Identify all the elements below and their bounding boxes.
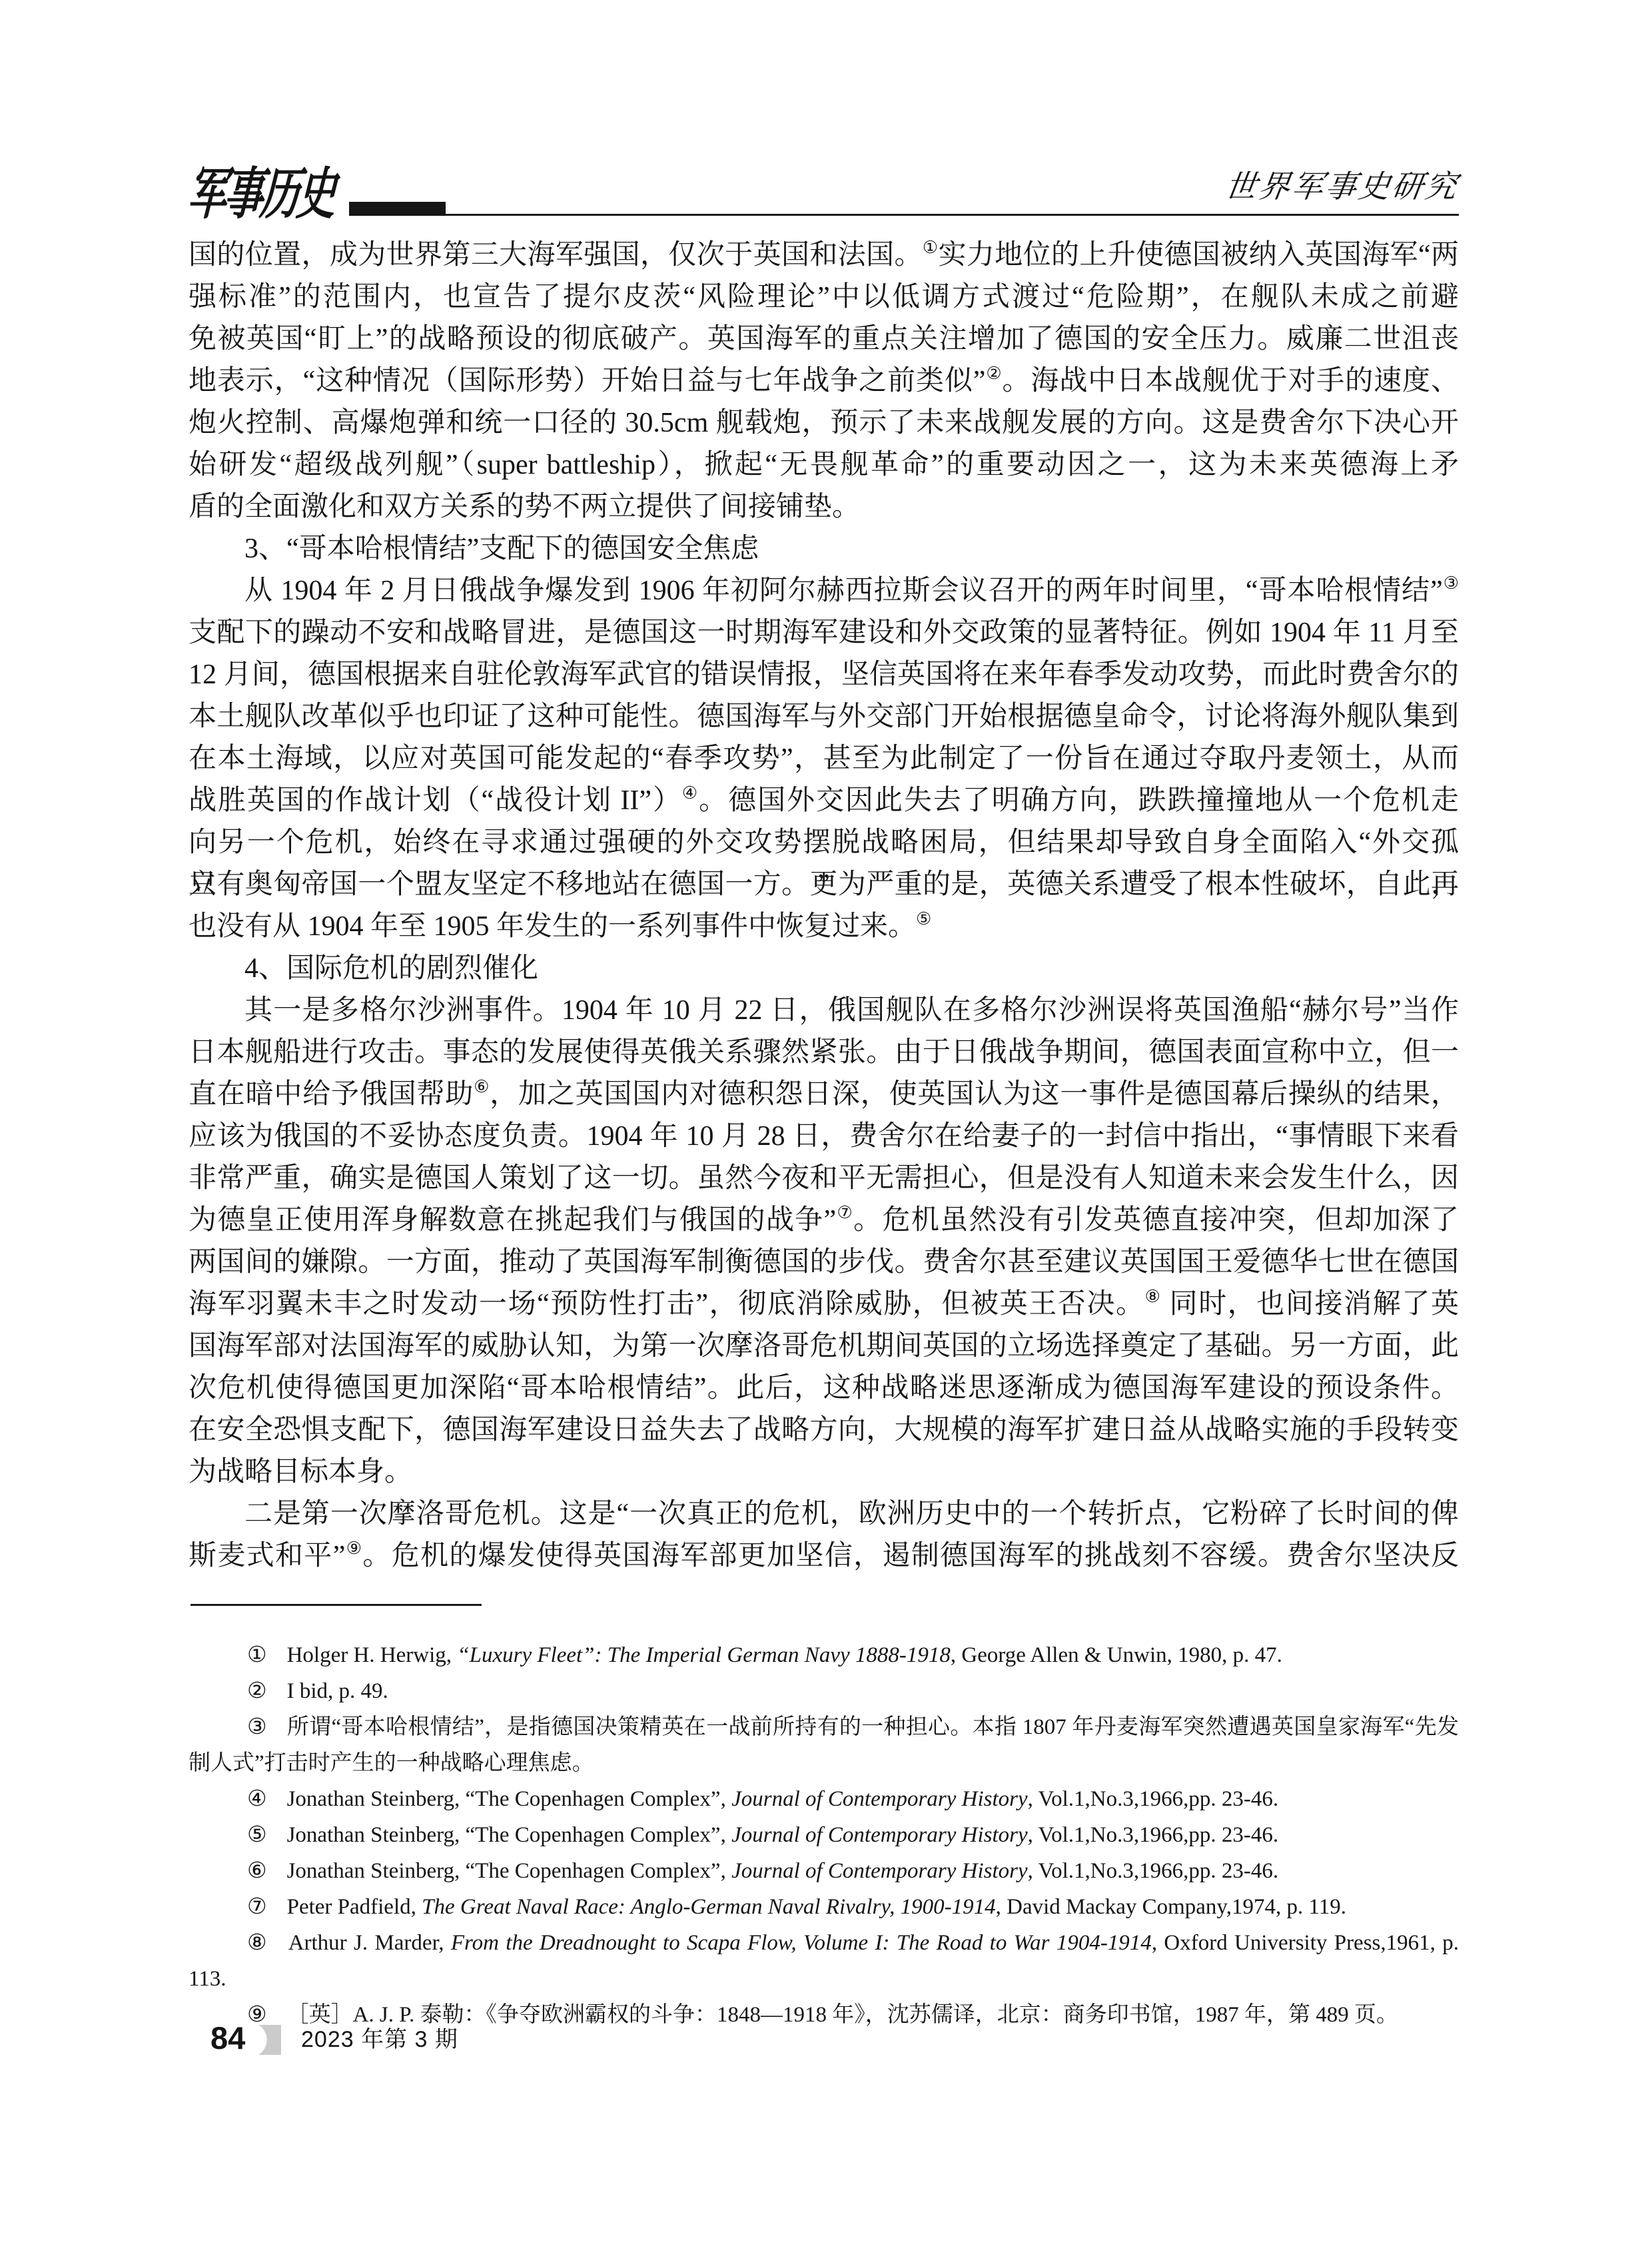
footnote-ref: ⑤ [916,909,931,929]
footnote-marker: ⑦ [247,1895,267,1919]
footnote-marker: ⑨ [247,2003,267,2027]
body-line: 为战略目标本身。 [189,1451,1459,1493]
body-line-text: 支配下的躁动不安和战略冒进，是德国这一时期海军建设和外交政策的显著特征。例如 1… [189,617,1459,648]
body-line: 从 1904 年 2 月日俄战争爆发到 1906 年初阿尔赫西拉斯会议召开的两年… [189,570,1459,612]
body-line-text: 国海军部对法国海军的威胁认知，为第一次摩洛哥危机期间英国的立场选择奠定了基础。另… [189,1331,1459,1361]
body-line: 两国间的嫌隙。一方面，推动了英国海军制衡德国的步伐。费舍尔甚至建议英国国王爱德华… [189,1242,1459,1284]
body-line: 次危机使得德国更加深陷“哥本哈根情结”。此后，这种战略迷思逐渐成为德国海军建设的… [189,1367,1459,1409]
body-line-text: 二是第一次摩洛哥危机。这是“一次真正的危机，欧洲历史中的一个转折点，它粉碎了长时… [244,1499,1459,1529]
body-line-text: 次危机使得德国更加深陷“哥本哈根情结”。此后，这种战略迷思逐渐成为德国海军建设的… [189,1373,1459,1403]
footnote-title-italic: The Great Naval Race: Anglo-German Naval… [422,1895,996,1919]
body-line: 始研发“超级战列舰”（super battleship），掀起“无畏舰革命”的重… [189,444,1459,486]
footnote-title-italic: From the Dreadnought to Scapa Flow, Volu… [451,1931,1152,1955]
body-line: 非常严重，确实是德国人策划了这一切。虽然今夜和平无需担心，但是没有人知道未来会发… [189,1158,1459,1200]
body-line: 在安全恐惧支配下，德国海军建设日益失去了战略方向，大规模的海军扩建日益从战略实施… [189,1409,1459,1451]
body-line: 在本土海域，以应对英国可能发起的“春季攻势”，甚至为此制定了一份旨在通过夺取丹麦… [189,738,1459,780]
footnote-item: ⑥Jonathan Steinberg, “The Copenhagen Com… [189,1853,1459,1889]
body-line-text: 炮火控制、高爆炮弹和统一口径的 30.5cm 舰载炮，预示了未来战舰发展的方向。… [189,408,1459,438]
body-line: 只有奥匈帝国一个盟友坚定不移地站在德国一方。更为严重的是，英德关系遭受了根本性破… [189,864,1459,906]
body-line-text: 也没有从 1904 年至 1905 年发生的一系列事件中恢复过来。 [189,911,916,942]
body-line: 12 月间，德国根据来自驻伦敦海军武官的错误情报，坚信英国将在来年春季发动攻势，… [189,654,1459,696]
body-line-text: 实力地位的上升使德国被纳入英国海军“两 [939,240,1459,270]
body-line-text: 强标准”的范围内，也宣告了提尔皮茨“风险理论”中以低调方式渡过“危险期”，在舰队… [189,282,1459,312]
body-line: 地表示，“这种情况（国际形势）开始日益与七年战争之前类似”②。海战中日本战舰优于… [189,360,1459,402]
body-line: 斯麦式和平”⑨。危机的爆发使得英国海军部更加坚信，遏制德国海军的挑战刻不容缓。费… [189,1535,1459,1577]
footnote-item: ⑤Jonathan Steinberg, “The Copenhagen Com… [189,1817,1459,1853]
body-line: 直在暗中给予俄国帮助⑥，加之英国国内对德积怨日深，使英国认为这一事件是德国幕后操… [189,1074,1459,1116]
footnote-item: ④Jonathan Steinberg, “The Copenhagen Com… [189,1781,1459,1817]
footnote-item: ⑧Arthur J. Marder, From the Dreadnought … [189,1925,1459,1997]
journal-logo: 军事历史 [185,149,336,230]
footnote-item: ②I bid, p. 49. [189,1673,1459,1709]
footnote-item: ①Holger H. Herwig, “Luxury Fleet”: The I… [189,1637,1459,1673]
body-line: 向另一个危机，始终在寻求通过强硬的外交攻势摆脱战略困局，但结果却导致自身全面陷入… [189,822,1459,864]
footnote-marker: ④ [247,1787,267,1811]
body-line-text: 始研发“超级战列舰”（super battleship），掀起“无畏舰革命”的重… [189,450,1459,480]
issue-label: 2023 年第 3 期 [301,2025,458,2055]
body-line-text: 直在暗中给予俄国帮助 [189,1079,474,1110]
body-line: 强标准”的范围内，也宣告了提尔皮茨“风险理论”中以低调方式渡过“危险期”，在舰队… [189,276,1459,318]
header-divider-block [349,202,446,216]
footnote-text: Jonathan Steinberg, “The Copenhagen Comp… [287,1787,731,1811]
footnote-ref: ④ [682,783,699,803]
body-line: 战胜英国的作战计划（“战役计划 II”）④。德国外交因此失去了明确方向，跌跌撞撞… [189,780,1459,822]
body-line: 国海军部对法国海军的威胁认知，为第一次摩洛哥危机期间英国的立场选择奠定了基础。另… [189,1325,1459,1367]
body-line: 免被英国“盯上”的战略预设的彻底破产。英国海军的重点关注增加了德国的安全压力。威… [189,318,1459,360]
header-rule [445,214,1459,216]
body-line-text: 应该为俄国的不妥协态度负责。1904 年 10 月 28 日，费舍尔在给妻子的一… [189,1121,1459,1152]
body-line: 支配下的躁动不安和战略冒进，是德国这一时期海军建设和外交政策的显著特征。例如 1… [189,612,1459,654]
footnote-ref: ⑧ [1145,1287,1162,1306]
body-line: 也没有从 1904 年至 1905 年发生的一系列事件中恢复过来。⑤ [189,906,1459,948]
footnote-text: ［英］A. J. P. 泰勒：《争夺欧洲霸权的斗争：1848—1918 年》，沈… [287,2003,1398,2027]
body-line: 本土舰队改革似乎也印证了这种可能性。德国海军与外交部门开始根据德皇命令，讨论将海… [189,696,1459,738]
footnote-text: , Vol.1,No.3,1966,pp. 23-46. [1028,1823,1278,1847]
body-line-text: 国的位置，成为世界第三大海军强国，仅次于英国和法国。 [189,240,923,270]
body-line-text: ，加之英国国内对德积怨日深，使英国认为这一事件是德国幕后操纵的结果， [490,1079,1459,1110]
body-line-text: 为战略目标本身。 [189,1457,412,1487]
body-line: 日本舰船进行攻击。事态的发展使得英俄关系骤然紧张。由于日俄战争期间，德国表面宣称… [189,1032,1459,1074]
footnote-text: Jonathan Steinberg, “The Copenhagen Comp… [287,1859,731,1883]
footnote-ref: ② [985,364,1002,383]
body-line-text: 12 月间，德国根据来自驻伦敦海军武官的错误情报，坚信英国将在来年春季发动攻势，… [189,659,1459,690]
footnote-item: ③所谓“哥本哈根情结”，是指德国决策精英在一战前所持有的一种担心。本指 1807… [189,1709,1459,1781]
body-line-text: 日本舰船进行攻击。事态的发展使得英俄关系骤然紧张。由于日俄战争期间，德国表面宣称… [189,1037,1459,1068]
header-section-label: 世界军事史研究 [1222,162,1461,206]
footnote-ref: ① [923,238,939,257]
body-line: 国的位置，成为世界第三大海军强国，仅次于英国和法国。①实力地位的上升使德国被纳入… [189,234,1459,276]
footnote-text: , Vol.1,No.3,1966,pp. 23-46. [1028,1787,1278,1811]
body-line-text: 两国间的嫌隙。一方面，推动了英国海军制衡德国的步伐。费舍尔甚至建议英国国王爱德华… [189,1247,1459,1278]
body-line: 盾的全面激化和双方关系的势不两立提供了间接铺垫。 [189,486,1459,528]
body-line-text: 盾的全面激化和双方关系的势不两立提供了间接铺垫。 [189,492,860,522]
body-line-text: 战胜英国的作战计划（“战役计划 II”） [189,785,682,816]
body-line-text: 其一是多格尔沙洲事件。1904 年 10 月 22 日，俄国舰队在多格尔沙洲误将… [244,995,1459,1026]
section-heading: 3、“哥本哈根情结”支配下的德国安全焦虑 [189,528,1459,570]
footnote-text: Jonathan Steinberg, “The Copenhagen Comp… [287,1823,731,1847]
footnote-text: , David Mackay Company,1974, p. 119. [996,1895,1346,1919]
body-line: 二是第一次摩洛哥危机。这是“一次真正的危机，欧洲历史中的一个转折点，它粉碎了长时… [189,1493,1459,1535]
footnote-divider [191,1604,482,1606]
footnote-title-italic: “Luxury Fleet”: The Imperial German Navy… [457,1643,951,1667]
footer-bracket-icon [249,2025,281,2055]
body-line-text: 从 1904 年 2 月日俄战争爆发到 1906 年初阿尔赫西拉斯会议召开的两年… [244,575,1443,606]
body-line: 炮火控制、高爆炮弹和统一口径的 30.5cm 舰载炮，预示了未来战舰发展的方向。… [189,402,1459,444]
footnote-ref: ⑥ [474,1077,490,1096]
body-line-text: 。德国外交因此失去了明确方向，跌跌撞撞地从一个危机走 [699,785,1459,816]
footnote-text: , Vol.1,No.3,1966,pp. 23-46. [1028,1859,1278,1883]
footnote-ref: ③ [1443,573,1459,593]
body-line-text: 只有奥匈帝国一个盟友坚定不移地站在德国一方。更为严重的是，英德关系遭受了根本性破… [189,869,1459,900]
body-line-text: 为德皇正使用浑身解数意在挑起我们与俄国的战争” [189,1205,836,1236]
body-line: 其一是多格尔沙洲事件。1904 年 10 月 22 日，俄国舰队在多格尔沙洲误将… [189,990,1459,1032]
footnote-title-italic: Journal of Contemporary History [731,1859,1028,1883]
footnote-item: ⑦Peter Padfield, The Great Naval Race: A… [189,1889,1459,1925]
footnote-text: , George Allen & Unwin, 1980, p. 47. [951,1643,1282,1667]
footnote-text: Peter Padfield, [287,1895,422,1919]
body-line: 应该为俄国的不妥协态度负责。1904 年 10 月 28 日，费舍尔在给妻子的一… [189,1116,1459,1158]
footnote-marker: ① [247,1643,267,1667]
body-line-text: 3、“哥本哈根情结”支配下的德国安全焦虑 [244,534,759,564]
footnote-title-italic: Journal of Contemporary History [731,1823,1028,1847]
footnote-ref: ⑨ [345,1539,362,1558]
footnote-marker: ② [247,1679,267,1703]
journal-page: 军事历史 世界军事史研究 国的位置，成为世界第三大海军强国，仅次于英国和法国。①… [0,0,1652,2242]
footnote-text: I bid, p. 49. [287,1679,388,1703]
footnote-ref: ⑦ [836,1203,853,1222]
body-line-text: 在安全恐惧支配下，德国海军建设日益失去了战略方向，大规模的海军扩建日益从战略实施… [189,1415,1459,1445]
body-line-text: 。海战中日本战舰优于对手的速度、 [1003,366,1459,396]
body-line-text: 。危机的爆发使得英国海军部更加坚信，遏制德国海军的挑战刻不容缓。费舍尔坚决反 [362,1541,1459,1571]
body-line-text: 海军羽翼未丰之时发动一场“预防性打击”，彻底消除威胁，但被英王否决。 [189,1289,1145,1319]
footnote-marker: ③ [247,1715,267,1739]
body-line: 为德皇正使用浑身解数意在挑起我们与俄国的战争”⑦。危机虽然没有引发英德直接冲突，… [189,1200,1459,1242]
body-line-text: 免被英国“盯上”的战略预设的彻底破产。英国海军的重点关注增加了德国的安全压力。威… [189,324,1459,354]
footnote-marker: ⑥ [247,1859,267,1883]
section-heading: 4、国际危机的剧烈催化 [189,948,1459,990]
body-line-text: 。危机虽然没有引发英德直接冲突，但却加深了 [853,1205,1459,1236]
body-line-text: 在本土海域，以应对英国可能发起的“春季攻势”，甚至为此制定了一份旨在通过夺取丹麦… [189,743,1459,774]
footnote-text: Holger H. Herwig, [287,1643,458,1667]
body-line-text: 4、国际危机的剧烈催化 [244,953,538,984]
body-line-text: 斯麦式和平” [189,1541,345,1571]
footnote-text: 所谓“哥本哈根情结”，是指德国决策精英在一战前所持有的一种担心。本指 1807 … [189,1715,1459,1775]
body-line-text: 非常严重，确实是德国人策划了这一切。虽然今夜和平无需担心，但是没有人知道未来会发… [189,1163,1459,1194]
body-line: 海军羽翼未丰之时发动一场“预防性打击”，彻底消除威胁，但被英王否决。⑧ 同时，也… [189,1284,1459,1325]
footnote-marker: ⑤ [247,1823,267,1847]
footnote-text: Arthur J. Marder, [288,1931,451,1955]
body-line-text: 本土舰队改革似乎也印证了这种可能性。德国海军与外交部门开始根据德皇命令，讨论将海… [189,701,1459,732]
footnotes: ①Holger H. Herwig, “Luxury Fleet”: The I… [189,1637,1459,2033]
footnote-title-italic: Journal of Contemporary History [731,1787,1028,1811]
footnote-marker: ⑧ [247,1931,268,1955]
body-line-text: 地表示，“这种情况（国际形势）开始日益与七年战争之前类似” [189,366,985,396]
body-line-text: 同时，也间接消解了英 [1162,1289,1459,1319]
page-number: 84 [210,2021,245,2055]
body-text: 国的位置，成为世界第三大海军强国，仅次于英国和法国。①实力地位的上升使德国被纳入… [189,234,1459,1577]
